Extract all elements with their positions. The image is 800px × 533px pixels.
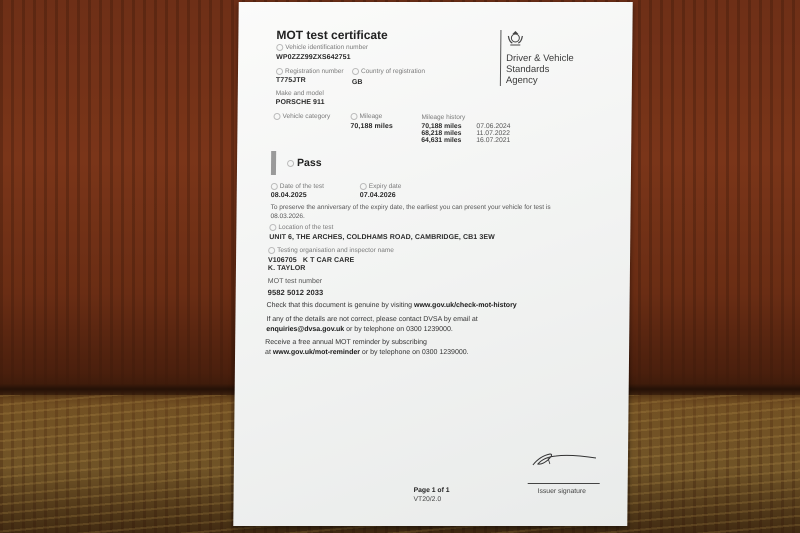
location-icon bbox=[269, 224, 276, 231]
mileage-history-list: 70,188 miles07.06.2024 68,218 miles11.07… bbox=[421, 123, 510, 144]
issuer-signature-label: Issuer signature bbox=[538, 488, 586, 495]
field-icon bbox=[352, 68, 359, 75]
certificate-title: MOT test certificate bbox=[276, 28, 388, 42]
dvsa-line-1: Driver & Vehicle bbox=[506, 53, 574, 64]
genuine-check-text: Check that this document is genuine by v… bbox=[267, 302, 517, 309]
page-number: Page 1 of 1 bbox=[414, 487, 450, 494]
organisation-label: Testing organisation and inspector name bbox=[268, 247, 394, 254]
dvsa-email-link[interactable]: enquiries@dvsa.gov.uk bbox=[266, 326, 344, 333]
mileage-history-row: 68,218 miles11.07.2022 bbox=[421, 130, 510, 137]
contact-text: If any of the details are not correct, p… bbox=[266, 315, 477, 335]
field-icon bbox=[276, 44, 283, 51]
country-label: Country of registration bbox=[352, 68, 425, 75]
calendar-icon bbox=[271, 183, 278, 190]
expiry-date-value: 07.04.2026 bbox=[360, 192, 396, 199]
mileage-history-label: Mileage history bbox=[421, 114, 465, 121]
form-code: VT20/2.0 bbox=[413, 496, 441, 503]
mileage-history-row: 70,188 miles07.06.2024 bbox=[421, 123, 510, 130]
reminder-line-2: at www.gov.uk/mot-reminder or by telepho… bbox=[265, 348, 469, 358]
inspector-name: K. TAYLOR bbox=[268, 265, 306, 272]
organisation-value: V106705 K T CAR CARE bbox=[268, 257, 354, 264]
test-number-label: MOT test number bbox=[268, 278, 322, 285]
expiry-date-label: Expiry date bbox=[360, 183, 402, 190]
dvsa-name: Driver & Vehicle Standards Agency bbox=[506, 53, 574, 86]
dvsa-logo-block: Driver & Vehicle Standards Agency bbox=[500, 30, 574, 86]
check-mot-history-link[interactable]: www.gov.uk/check-mot-history bbox=[414, 302, 517, 309]
result-marker-bar bbox=[271, 151, 276, 175]
calendar-icon bbox=[360, 183, 367, 190]
test-result: Pass bbox=[287, 157, 322, 169]
field-icon bbox=[274, 113, 281, 120]
dvsa-line-2: Standards bbox=[506, 64, 574, 75]
royal-crest-icon bbox=[506, 30, 524, 46]
test-date-value: 08.04.2025 bbox=[271, 192, 307, 199]
signature-line bbox=[528, 483, 600, 484]
issuer-signature-icon bbox=[530, 448, 600, 470]
make-model-label: Make and model bbox=[276, 90, 324, 97]
dvsa-line-3: Agency bbox=[506, 75, 574, 86]
field-icon bbox=[276, 68, 283, 75]
pass-icon bbox=[287, 160, 294, 167]
field-icon bbox=[351, 113, 358, 120]
reminder-line-1: Receive a free annual MOT reminder by su… bbox=[265, 338, 469, 348]
location-value: UNIT 6, THE ARCHES, COLDHAMS ROAD, CAMBR… bbox=[269, 234, 495, 241]
test-number-value: 9582 5012 2033 bbox=[268, 288, 324, 297]
reminder-text: Receive a free annual MOT reminder by su… bbox=[265, 338, 469, 358]
contact-line-2: enquiries@dvsa.gov.uk or by telephone on… bbox=[266, 325, 477, 335]
mileage-label: Mileage bbox=[351, 113, 383, 120]
location-label: Location of the test bbox=[269, 224, 333, 231]
contact-line-1: If any of the details are not correct, p… bbox=[266, 315, 477, 325]
country-value: GB bbox=[352, 79, 363, 86]
make-model-value: PORSCHE 911 bbox=[276, 99, 325, 106]
vin-label: Vehicle identification number bbox=[276, 44, 368, 51]
registration-label: Registration number bbox=[276, 68, 344, 75]
anniversary-note: To preserve the anniversary of the expir… bbox=[270, 203, 570, 221]
mileage-value: 70,188 miles bbox=[350, 123, 393, 130]
mileage-history-row: 64,631 miles16.07.2021 bbox=[421, 137, 510, 144]
vehicle-category-label: Vehicle category bbox=[274, 113, 331, 120]
mot-certificate-paper: MOT test certificate Driver & Vehicle St… bbox=[233, 2, 632, 526]
registration-value: T775JTR bbox=[276, 77, 306, 84]
vin-value: WP0ZZZ99ZXS642751 bbox=[276, 54, 351, 61]
test-date-label: Date of the test bbox=[271, 183, 324, 190]
mot-reminder-link[interactable]: www.gov.uk/mot-reminder bbox=[273, 349, 360, 356]
person-icon bbox=[268, 247, 275, 254]
